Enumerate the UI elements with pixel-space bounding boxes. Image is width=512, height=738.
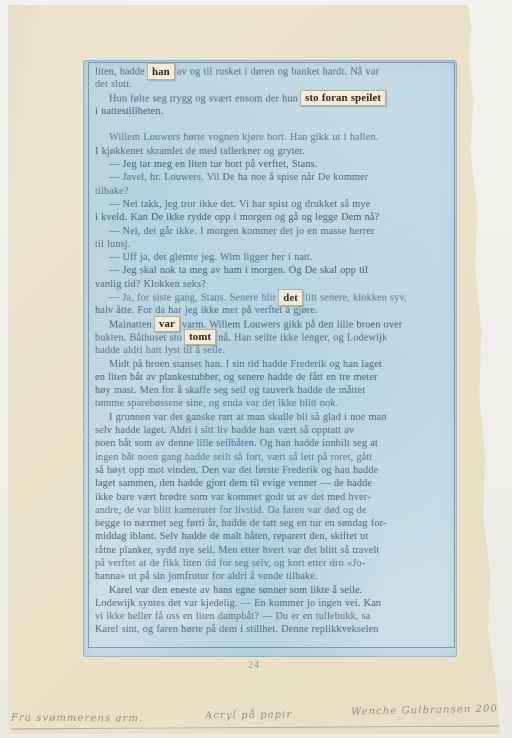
highlighted-word: han xyxy=(147,63,175,80)
text-line: — Jeg skal nok ta meg av ham i morgen. O… xyxy=(95,264,455,277)
text-segment: av og til rusket i døren og banket hardt… xyxy=(174,67,379,78)
text-line: middag iblant. Selv hadde de malt båten,… xyxy=(95,530,455,543)
text-segment: — Javel, hr. Louwers. Vil De ha noe å sp… xyxy=(109,172,368,183)
pencil-underline xyxy=(11,725,505,729)
text-line: Lodewijk syntes det var kjedelig. — En k… xyxy=(95,597,455,610)
text-segment: Willem Louwers hørte vognen kjøre bort. … xyxy=(109,132,378,143)
text-segment: — Jeg tar meg en liten tur bort på verft… xyxy=(109,159,317,170)
text-line: i kveld. Kan De ikke rydde opp i morgen … xyxy=(95,211,455,224)
text-line: hanna» ut på sin jomfrutur for aldri å v… xyxy=(95,570,455,583)
text-line: vi ikke heller få oss en liten dampbåt? … xyxy=(95,610,455,623)
text-segment: så høyt opp mot vinden. Den var det førs… xyxy=(95,465,378,476)
highlighted-word: det xyxy=(278,289,303,306)
text-segment: Lodewijk syntes det var kjedelig. — En k… xyxy=(95,598,381,609)
text-line: ikke bare vært brødre som var kommet god… xyxy=(95,491,455,504)
text-segment: høy mast. Men for å skaffe seg seil og t… xyxy=(95,385,365,396)
text-line: Karel var den eneste av hans egne sønner… xyxy=(95,584,455,597)
text-line: hadde aldri hatt lyst til å seile. xyxy=(95,344,455,357)
text-line: — Nei, det går ikke. I morgen kommer det… xyxy=(95,225,455,238)
text-line: halv åtte. For da har jeg ikke mer på ve… xyxy=(95,304,455,317)
text-segment: hanna» ut på sin jomfrutur for aldri å v… xyxy=(95,571,318,582)
text-segment: I grunnen var det ganske rart at man sku… xyxy=(109,412,387,423)
text-segment: laget sammen, den hadde gjort dem til ev… xyxy=(95,478,372,489)
text-line: det slutt. xyxy=(95,78,455,91)
text-line: I kjøkkenet skramlet de med tallerkner o… xyxy=(95,145,455,158)
text-segment: andre, de var blitt kamerater for livsti… xyxy=(95,505,367,516)
text-segment: litt senere, klokken syv, xyxy=(302,293,407,304)
text-segment: bukten. Båthuset sto xyxy=(95,332,185,343)
text-line: begge to nærmet seg førti år, hadde de t… xyxy=(95,517,455,530)
text-line: Midt på broen stanset han. I sin tid had… xyxy=(95,358,455,371)
inscription-signature: Wenche Gulbransen 2007 xyxy=(351,703,506,717)
text-line: tømme sparebøssene sine, og enda var det… xyxy=(95,397,455,410)
text-segment: råtne planker, sydd nye seil. Men etter … xyxy=(95,545,379,556)
page-number: 24 xyxy=(240,660,268,671)
highlighted-word: var xyxy=(154,316,180,333)
text-segment: — Jeg skal nok ta meg av ham i morgen. O… xyxy=(109,265,368,276)
text-line: andre, de var blitt kamerater for livsti… xyxy=(95,504,455,517)
text-line: liten, hadde han av og til rusket i døre… xyxy=(95,65,455,78)
text-segment: Mainatten xyxy=(109,319,155,330)
highlighted-word: tomt xyxy=(184,329,216,346)
text-line: høy mast. Men for å skaffe seg seil og t… xyxy=(95,384,455,397)
text-segment: Karel var den eneste av hans egne sønner… xyxy=(109,585,362,596)
text-line: til lunsj. xyxy=(95,238,455,251)
text-line: Mainatten var varm. Willem Louwers gikk … xyxy=(95,318,455,331)
text-line: noen båt som av denne lille seilbåten. O… xyxy=(95,437,455,450)
text-segment: ikke bare vært brødre som var kommet god… xyxy=(95,492,371,503)
text-segment: nå. Han seilte ikke lenger, og Lodewijk xyxy=(215,332,387,343)
text-segment: Midt på broen stanset han. I sin tid had… xyxy=(109,359,382,370)
text-line: i nattestillheten. xyxy=(95,105,455,118)
text-segment: tilbake? xyxy=(95,186,129,197)
text-segment: vanlig tid? Klokken seks? xyxy=(95,279,206,290)
text-segment: på verftet at de fikk liten tid for seg … xyxy=(95,558,365,569)
text-segment: i kveld. Kan De ikke rydde opp i morgen … xyxy=(95,212,379,223)
text-line: Hun følte seg trygg og svært ensom der h… xyxy=(95,92,455,105)
text-segment: — Ja, for siste gang, Stans. Senere blir xyxy=(109,293,279,304)
text-segment: ingen båt noen gang hadde seilt så fort,… xyxy=(95,452,372,463)
text-segment: middag iblant. Selv hadde de malt båten,… xyxy=(95,531,368,542)
inscription-technique: Acryl på papir xyxy=(205,710,292,722)
text-segment: tømme sparebøssene sine, og enda var det… xyxy=(95,398,338,409)
text-segment: i nattestillheten. xyxy=(95,106,163,117)
text-segment: vi ikke heller få oss en liten dampbåt? … xyxy=(95,611,370,622)
inscription-title: Fra svømmerens arm. xyxy=(11,713,143,725)
blank-line xyxy=(95,118,455,131)
text-segment: liten, hadde xyxy=(95,67,148,78)
text-line: vanlig tid? Klokken seks? xyxy=(95,278,455,291)
text-segment: selv hadde laget. Aldri i sitt liv hadde… xyxy=(95,425,354,436)
printed-text-block: liten, hadde han av og til rusket i døre… xyxy=(95,65,455,637)
text-line: Karel sint, og faren hørte på dem i stil… xyxy=(95,623,455,636)
text-line: tilbake? xyxy=(95,185,455,198)
text-line: ingen båt noen gang hadde seilt så fort,… xyxy=(95,451,455,464)
text-line: en liten båt av plankestubber, og senere… xyxy=(95,371,455,384)
text-line: bukten. Båthuset sto tomt nå. Han seilte… xyxy=(95,331,455,344)
text-line: I grunnen var det ganske rart at man sku… xyxy=(95,411,455,424)
text-line: — Nei takk, jeg tror ikke det. Vi har sp… xyxy=(95,198,455,211)
text-line: Willem Louwers hørte vognen kjøre bort. … xyxy=(95,131,455,144)
scan-background: liten, hadde han av og til rusket i døre… xyxy=(0,0,512,738)
text-segment: Hun følte seg trygg og svært ensom der h… xyxy=(109,93,301,104)
text-segment: det slutt. xyxy=(95,79,132,90)
text-segment: I kjøkkenet skramlet de med tallerkner o… xyxy=(95,146,305,157)
text-line: — Jeg tar meg en liten tur bort på verft… xyxy=(95,158,455,171)
text-segment: — Nei takk, jeg tror ikke det. Vi har sp… xyxy=(109,199,370,210)
book-page: liten, hadde han av og til rusket i døre… xyxy=(8,5,500,734)
highlighted-word: sto foran speilet xyxy=(300,90,386,107)
text-segment: noen båt som av denne lille seilbåten. O… xyxy=(95,438,378,449)
text-line: laget sammen, den hadde gjort dem til ev… xyxy=(95,477,455,490)
text-segment: — Nei, det går ikke. I morgen kommer det… xyxy=(109,226,375,237)
text-segment: en liten båt av plankestubber, og senere… xyxy=(95,372,378,383)
text-segment: hadde aldri hatt lyst til å seile. xyxy=(95,345,225,356)
text-line: råtne planker, sydd nye seil. Men etter … xyxy=(95,544,455,557)
text-segment: halv åtte. For da har jeg ikke mer på ve… xyxy=(95,305,318,316)
text-segment: Karel sint, og faren hørte på dem i stil… xyxy=(95,624,379,635)
text-line: selv hadde laget. Aldri i sitt liv hadde… xyxy=(95,424,455,437)
text-line: så høyt opp mot vinden. Den var det førs… xyxy=(95,464,455,477)
text-line: på verftet at de fikk liten tid for seg … xyxy=(95,557,455,570)
text-line: — Ja, for siste gang, Stans. Senere blir… xyxy=(95,291,455,304)
text-line: — Uff ja, det glemte jeg. Wim ligger her… xyxy=(95,251,455,264)
text-segment: — Uff ja, det glemte jeg. Wim ligger her… xyxy=(109,252,313,263)
text-segment: begge to nærmet seg førti år, hadde de t… xyxy=(95,518,386,529)
text-line: — Javel, hr. Louwers. Vil De ha noe å sp… xyxy=(95,171,455,184)
text-segment: til lunsj. xyxy=(95,239,130,250)
